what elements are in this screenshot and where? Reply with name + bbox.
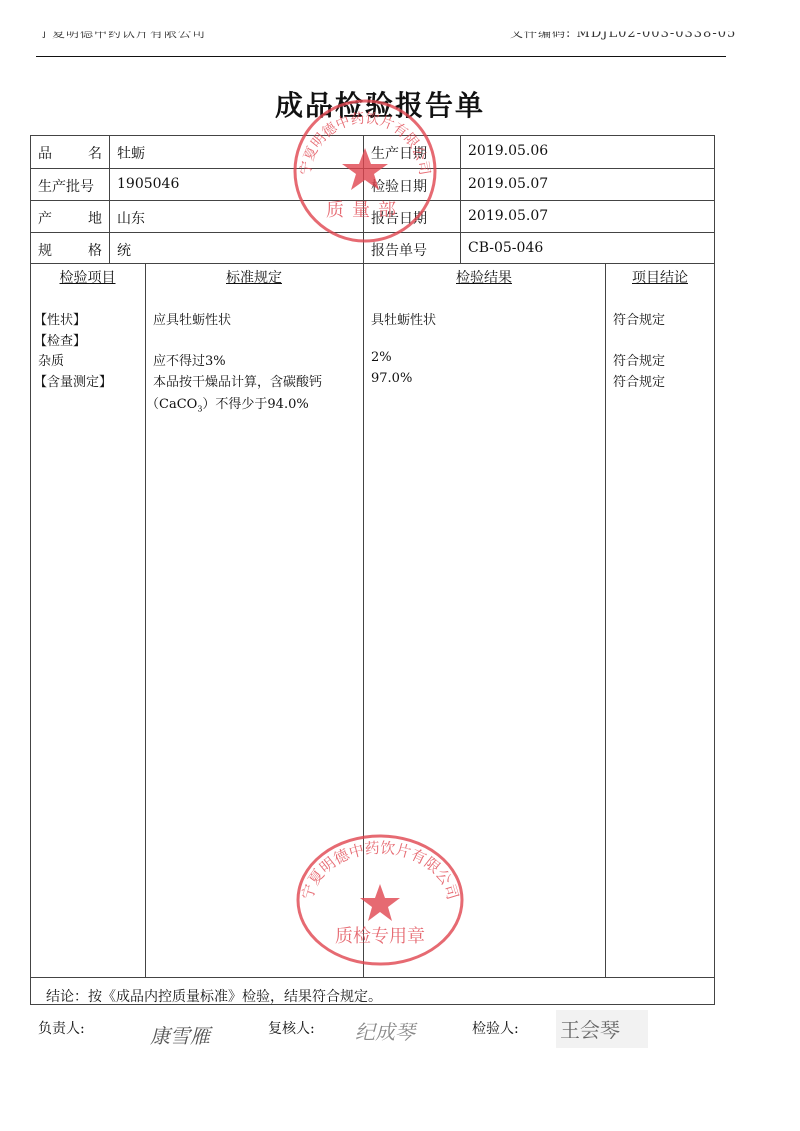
divider <box>363 135 364 263</box>
divider <box>30 168 715 169</box>
label-batch-number: 生产批号 <box>38 176 94 196</box>
value-report-date: 2019.05.07 <box>468 208 548 224</box>
label-report-date: 报告日期 <box>371 208 427 228</box>
label-production-date: 生产日期 <box>371 143 427 163</box>
header-divider <box>36 56 726 57</box>
standard-assay: 本品按干燥品计算，含碳酸钙 <box>153 371 322 390</box>
reviewer-label: 复核人: <box>268 1018 315 1038</box>
value-inspection-date: 2019.05.07 <box>468 176 548 192</box>
item-impurity: 杂质 <box>38 350 64 369</box>
conclusion-assay: 符合规定 <box>613 371 665 390</box>
value-report-number: CB-05-046 <box>468 240 543 256</box>
conclusion-appearance: 符合规定 <box>613 309 665 328</box>
value-product-name: 牡蛎 <box>117 143 145 163</box>
result-appearance: 具牡蛎性状 <box>371 309 436 328</box>
label-specification: 规格 <box>38 240 102 260</box>
inspector-label: 检验人: <box>472 1018 519 1038</box>
divider <box>30 200 715 201</box>
responsible-signature: 康雪雁 <box>150 1020 210 1049</box>
label-report-number: 报告单号 <box>371 240 427 260</box>
conclusion-impurity: 符合规定 <box>613 350 665 369</box>
label-inspection-date: 检验日期 <box>371 176 427 196</box>
page-title: 成品检验报告单 <box>0 84 760 124</box>
result-impurity: 2% <box>371 350 392 365</box>
value-origin: 山东 <box>117 208 145 228</box>
item-assay: 【含量测定】 <box>34 371 112 390</box>
value-production-date: 2019.05.06 <box>468 143 548 159</box>
divider <box>460 135 461 263</box>
report-table <box>30 135 715 1005</box>
divider <box>605 263 606 977</box>
reviewer-signature: 纪成琴 <box>355 1016 415 1045</box>
col-header-result: 检验结果 <box>363 267 605 287</box>
divider <box>145 263 146 977</box>
col-header-conclusion: 项目结论 <box>605 267 715 287</box>
standard-impurity: 应不得过3% <box>153 350 226 369</box>
divider <box>30 232 715 233</box>
company-name-header: 宁夏明德中药饮片有限公司 <box>38 22 206 41</box>
standard-appearance: 应具牡蛎性状 <box>153 309 231 328</box>
result-assay: 97.0% <box>371 371 412 386</box>
final-conclusion: 结论：按《成品内控质量标准》检验，结果符合规定。 <box>46 986 382 1006</box>
responsible-label: 负责人: <box>38 1018 85 1038</box>
divider <box>30 263 715 264</box>
inspector-signature: 王会琴 <box>560 1014 620 1043</box>
col-header-item: 检验项目 <box>30 267 145 287</box>
document-number: 文件编码: MDJL02-003-0338-05 <box>510 22 736 41</box>
col-header-standard: 标准规定 <box>145 267 363 287</box>
divider <box>363 263 364 977</box>
item-appearance: 【性状】 <box>34 309 86 328</box>
standard-assay-continuation: （CaCO3）不得少于94.0% <box>146 393 309 414</box>
divider <box>30 977 715 978</box>
value-batch-number: 1905046 <box>117 176 179 192</box>
value-specification: 统 <box>117 240 131 260</box>
item-inspection: 【检查】 <box>34 330 86 349</box>
label-origin: 产地 <box>38 208 102 228</box>
label-product-name: 品名 <box>38 143 102 163</box>
divider <box>109 135 110 263</box>
